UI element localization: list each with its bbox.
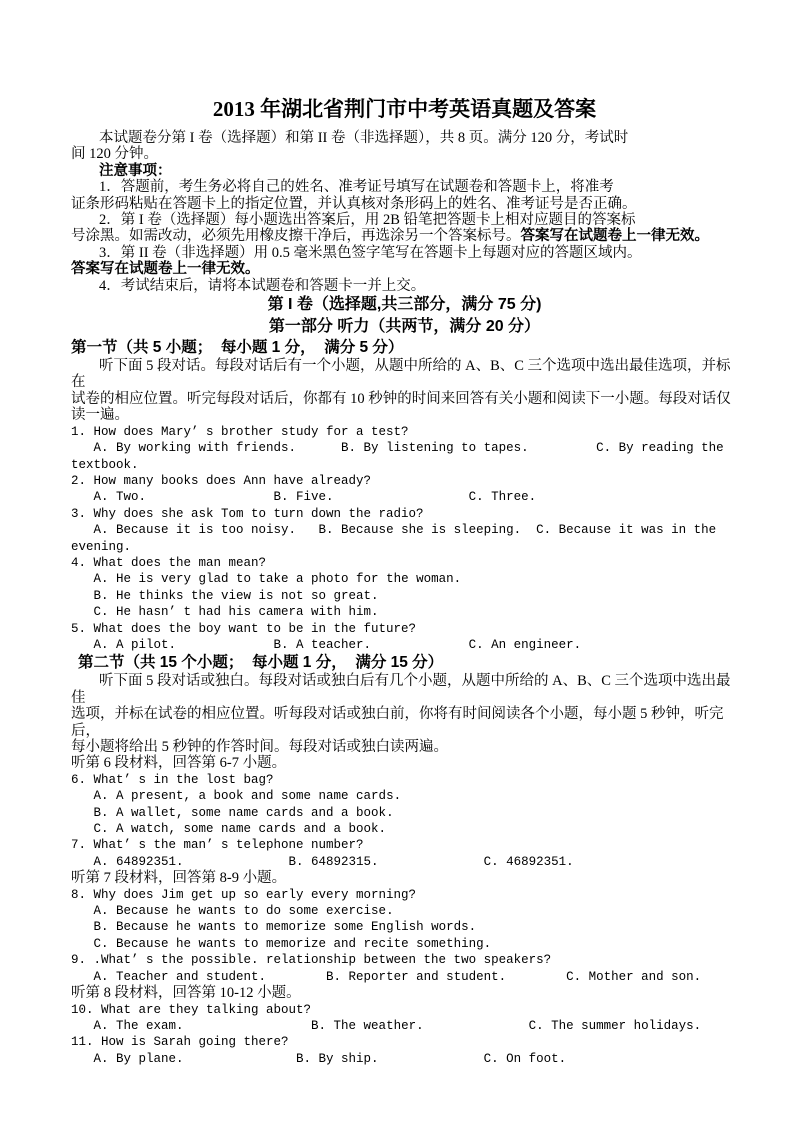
document-line: A. He is very glad to take a photo for t… [71,571,738,587]
document-line: 答案写在试题卷上一律无效。 [71,261,738,277]
line-text: 号涂黑。如需改动，必须先用橡皮擦干净后，再选涂另一个答案标号。 [71,228,521,244]
document-line: A. The exam. B. The weather. C. The summ… [71,1018,738,1034]
document-title: 2013 年湖北省荆门市中考英语真题及答案 [71,94,738,124]
line-text: A. He is very glad to take a photo for t… [71,572,461,586]
line-text: 读一遍。 [71,407,129,423]
document-line: 听第 6 段材料，回答第 6-7 小题。 [71,755,738,771]
document-line: C. A watch, some name cards and a book. [71,821,738,837]
document-line: A. Two. B. Five. C. Three. [71,489,738,505]
line-text: B. Because he wants to memorize some Eng… [71,920,476,934]
document-line: 选项，并标在试卷的相应位置。听每段对话或独白前，你将有时间阅读各个小题，每小题 … [71,706,738,739]
line-text: 10. What are they talking about? [71,1003,311,1017]
document-line: 每小题将给出 5 秒钟的作答时间。每段对话或独白读两遍。 [71,739,738,755]
line-text: A. Teacher and student. B. Reporter and … [71,970,701,984]
line-text: A. 64892351. B. 64892315. C. 46892351. [71,855,574,869]
document-line: evening. [71,539,738,555]
document-line: 试卷的相应位置。听完每段对话后，你都有 10 秒钟的时间来回答有关小题和阅读下一… [71,391,738,407]
line-text: 每小题将给出 5 秒钟的作答时间。每段对话或独白读两遍。 [71,739,448,755]
document-line: 第一节（共 5 小题； 每小题 1 分， 满分 5 分） [71,338,738,358]
line-text: 听第 6 段材料，回答第 6-7 小题。 [71,755,286,771]
line-text: 间 120 分钟。 [71,146,158,162]
bold-notice-text: 答案写在试题卷上一律无效。 [521,228,710,244]
line-text: 3．第 II 卷（非选择题）用 0.5 毫米黑色签字笔写在答题卡上每题对应的答题… [99,245,642,261]
line-text: 听下面 5 段对话或独白。每段对话或独白后有几个小题，从题中所给的 A、B、C … [71,673,731,705]
line-text: 9. .What’ s the possible. relationship b… [71,953,551,967]
line-text: 听第 7 段材料，回答第 8-9 小题。 [71,870,286,886]
line-text: A. A pilot. B. A teacher. C. An engineer… [71,638,581,652]
line-text: C. Because he wants to memorize and reci… [71,937,491,951]
document-line: 第二节（共 15 个小题； 每小题 1 分， 满分 15 分） [71,653,738,673]
line-text: A. A present, a book and some name cards… [71,789,401,803]
line-text: A. By plane. B. By ship. C. On foot. [71,1052,566,1066]
document-line: 9. .What’ s the possible. relationship b… [71,952,738,968]
line-text: 1．答题前，考生务必将自己的姓名、准考证号填写在试题卷和答题卡上，将准考 [99,179,614,195]
document-line: 11. How is Sarah going there? [71,1034,738,1050]
document-line: 听下面 5 段对话。每段对话后有一个小题，从题中所给的 A、B、C 三个选项中选… [71,358,738,391]
document-line: 注意事项： [71,163,738,179]
line-text: 1. How does Mary’ s brother study for a … [71,425,409,439]
line-text: 证条形码粘贴在答题卡上的指定位置，并认真核对条形码上的姓名、准考证号是否正确。 [71,196,637,212]
bold-notice-text: 答案写在试题卷上一律无效。 [71,261,260,277]
line-text: 2. How many books does Ann have already? [71,474,371,488]
document-line: A. By working with friends. B. By listen… [71,440,738,456]
line-text: A. By working with friends. B. By listen… [71,441,724,455]
document-line: A. Because he wants to do some exercise. [71,903,738,919]
line-text: C. A watch, some name cards and a book. [71,822,386,836]
line-text: A. Because it is too noisy. B. Because s… [71,523,716,537]
line-text: 7. What’ s the man’ s telephone number? [71,838,364,852]
line-text: 6. What’ s in the lost bag? [71,773,274,787]
document-line: C. He hasn’ t had his camera with him. [71,604,738,620]
document-line: A. A pilot. B. A teacher. C. An engineer… [71,637,738,653]
line-text: 4. What does the man mean? [71,556,266,570]
line-text: C. He hasn’ t had his camera with him. [71,605,379,619]
document-line: 听下面 5 段对话或独白。每段对话或独白后有几个小题，从题中所给的 A、B、C … [71,673,738,706]
line-text: 4．考试结束后，请将本试题卷和答题卡一并上交。 [99,278,425,294]
document-line: 4．考试结束后，请将本试题卷和答题卡一并上交。 [71,278,738,294]
document-line: 5. What does the boy want to be in the f… [71,621,738,637]
bold-notice-text: 第一节（共 5 小题； 每小题 1 分， 满分 5 分） [71,339,403,356]
line-text: B. He thinks the view is not so great. [71,589,379,603]
document-line: 3. Why does she ask Tom to turn down the… [71,506,738,522]
bold-notice-text: 注意事项： [99,163,172,179]
document-line: 6. What’ s in the lost bag? [71,772,738,788]
document-line: 7. What’ s the man’ s telephone number? [71,837,738,853]
document-line: 10. What are they talking about? [71,1002,738,1018]
document-line: 3．第 II 卷（非选择题）用 0.5 毫米黑色签字笔写在答题卡上每题对应的答题… [71,245,738,261]
line-text: textbook. [71,458,139,472]
document-line: B. He thinks the view is not so great. [71,588,738,604]
document-line: 2．第 I 卷（选择题）每小题选出答案后，用 2B 铅笔把答题卡上相对应题目的答… [71,212,738,228]
document-line: B. A wallet, some name cards and a book. [71,805,738,821]
line-text: 11. How is Sarah going there? [71,1035,289,1049]
bold-notice-text: 第二节（共 15 个小题； 每小题 1 分， 满分 15 分） [78,654,443,671]
document-line: 第 I 卷（选择题,共三部分，满分 75 分) [71,294,738,316]
document-line: B. Because he wants to memorize some Eng… [71,919,738,935]
line-text: 试卷的相应位置。听完每段对话后，你都有 10 秒钟的时间来回答有关小题和阅读下一… [71,391,731,407]
document-line: A. By plane. B. By ship. C. On foot. [71,1051,738,1067]
line-text: evening. [71,540,131,554]
document-line: 4. What does the man mean? [71,555,738,571]
line-text: A. The exam. B. The weather. C. The summ… [71,1019,701,1033]
line-text: 3. Why does she ask Tom to turn down the… [71,507,424,521]
document-line: C. Because he wants to memorize and reci… [71,936,738,952]
document-line: textbook. [71,457,738,473]
line-text: A. Two. B. Five. C. Three. [71,490,536,504]
document-line: 间 120 分钟。 [71,146,738,162]
line-text: 2．第 I 卷（选择题）每小题选出答案后，用 2B 铅笔把答题卡上相对应题目的答… [99,212,636,228]
line-text: 听第 8 段材料，回答第 10-12 小题。 [71,985,301,1001]
document-line: A. A present, a book and some name cards… [71,788,738,804]
document-line: A. Teacher and student. B. Reporter and … [71,969,738,985]
document-line: 号涂黑。如需改动，必须先用橡皮擦干净后，再选涂另一个答案标号。答案写在试题卷上一… [71,228,738,244]
document-line: 2. How many books does Ann have already? [71,473,738,489]
document-line: 读一遍。 [71,407,738,423]
document-line: 1. How does Mary’ s brother study for a … [71,424,738,440]
document-line: 听第 8 段材料，回答第 10-12 小题。 [71,985,738,1001]
document-line: 第一部分 听力（共两节，满分 20 分） [71,316,738,338]
document-line: 1．答题前，考生务必将自己的姓名、准考证号填写在试题卷和答题卡上，将准考 [71,179,738,195]
line-text: 8. Why does Jim get up so early every mo… [71,888,416,902]
line-text: 听下面 5 段对话。每段对话后有一个小题，从题中所给的 A、B、C 三个选项中选… [71,358,731,390]
exam-document-page: 2013 年湖北省荆门市中考英语真题及答案 本试题卷分第 I 卷（选择题）和第 … [0,0,794,1123]
line-text: 选项，并标在试卷的相应位置。听每段对话或独白前，你将有时间阅读各个小题，每小题 … [71,706,724,738]
bold-notice-text: 第 I 卷（选择题,共三部分，满分 75 分) [268,296,542,313]
document-line: A. 64892351. B. 64892315. C. 46892351. [71,854,738,870]
document-line: A. Because it is too noisy. B. Because s… [71,522,738,538]
line-text: 5. What does the boy want to be in the f… [71,622,416,636]
line-text: A. Because he wants to do some exercise. [71,904,394,918]
bold-notice-text: 第一部分 听力（共两节，满分 20 分） [269,318,540,335]
document-line: 听第 7 段材料，回答第 8-9 小题。 [71,870,738,886]
document-line: 本试题卷分第 I 卷（选择题）和第 II 卷（非选择题），共 8 页。满分 12… [71,130,738,146]
line-text: 本试题卷分第 I 卷（选择题）和第 II 卷（非选择题），共 8 页。满分 12… [99,130,628,146]
document-line: 8. Why does Jim get up so early every mo… [71,887,738,903]
line-text: B. A wallet, some name cards and a book. [71,806,394,820]
document-line: 证条形码粘贴在答题卡上的指定位置，并认真核对条形码上的姓名、准考证号是否正确。 [71,196,738,212]
document-lines: 本试题卷分第 I 卷（选择题）和第 II 卷（非选择题），共 8 页。满分 12… [71,130,738,1067]
